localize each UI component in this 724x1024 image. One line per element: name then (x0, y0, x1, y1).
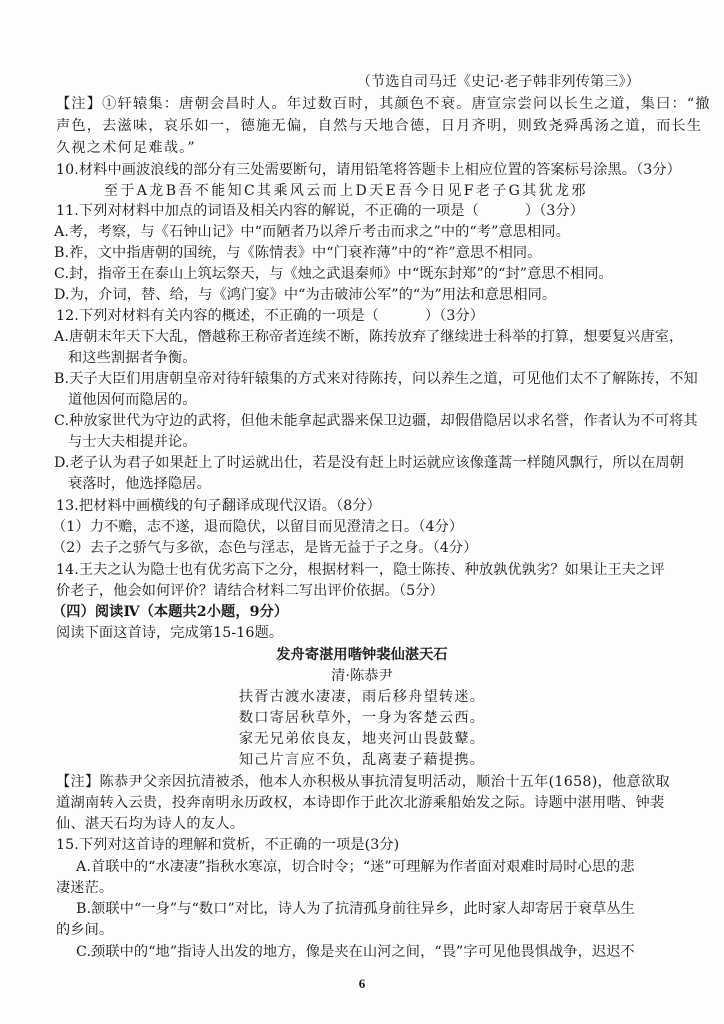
question-13-item-2: （2）去子之骄气与多欲，态色与淫志，是皆无益于子之身。（4分） (52, 538, 478, 558)
question-15-option-b-cont: 的乡间。 (56, 920, 113, 940)
question-12-option-a: A.唐朝末年天下大乱，僭越称王称帝者连续不断，陈抟放弃了继续进士科举的打算，想要… (54, 327, 683, 347)
poem-note-line: 【注】陈恭尹父亲因抗清被杀，他本人亦积极从事抗清复明活动，顺治十五年(1658)… (56, 772, 670, 792)
question-15-stem: 15.下列对这首诗的理解和赏析，不正确的一项是(3分) (56, 835, 399, 855)
source-citation: （节选自司马迁《史记·老子韩非列传第三》） (357, 72, 640, 92)
question-12-option-c: C.种放家世代为守边的武将，但他未能拿起武器来保卫边疆，却假借隐居以求名誉，作者… (54, 411, 698, 431)
question-11-score: ）（3分） (525, 203, 584, 219)
section-4-intro: 阅读下面这首诗，完成第15-16题。 (56, 623, 283, 643)
question-14-line: 价老子，他会如何评价？请结合材料二写出评价依据。（5分） (56, 581, 444, 601)
question-11-option-c: C.封，指帝王在泰山上筑坛祭天，与《烛之武退秦师》中“既东封郑”的“封”意思不相… (54, 264, 613, 284)
poem-line: 数口寄居秋草外，一身为客楚云西。 (0, 708, 724, 728)
question-12-option-b-cont: 道他因何而隐居的。 (68, 390, 197, 410)
question-10-sentence-options: 至于A龙B吾不能知C其乘风云而上D天E吾今日见F老子G其犹龙邪 (104, 181, 588, 201)
question-11-option-b: B.祚，文中指唐朝的国统，与《陈情表》中“门衰祚薄”中的“祚”意思不相同。 (54, 243, 541, 263)
question-12-option-d: D.老子认为君子如果赶上了时运就出仕，若是没有赶上时运就应该像蓬蒿一样随风飘行，… (54, 453, 684, 473)
question-15-option-a: A.首联中的“水凄凄”指秋水寒凉，切合时令；“迷”可理解为作者面对艰难时局时心思… (76, 857, 635, 877)
section-4-heading: （四）阅读Ⅳ（本题共2小题，9分） (52, 602, 288, 622)
poem-note-line: 仙、湛天石均为诗人的友人。 (56, 814, 244, 834)
question-13-item-1: （1）力不赡，志不遂，退而隐伏，以留目而见澄清之日。（4分） (52, 517, 463, 537)
question-15-option-c: C.颈联中的“地”指诗人出发的地方，像是夹在山河之间，“畏”字可见他畏惧战争，迟… (76, 942, 635, 962)
question-11-stem: 11.下列对材料中加点的词语及相关内容的解说，不正确的一项是（）（3分） (56, 201, 584, 221)
question-12-option-c-cont: 与士大夫相提并论。 (68, 432, 197, 452)
question-11-stem-text: 11.下列对材料中加点的词语及相关内容的解说，不正确的一项是（ (56, 203, 479, 219)
note-line: 久视之术何足难哉。” (56, 138, 196, 158)
question-12-score: ）（3分） (425, 308, 484, 324)
poem-title: 发舟寄湛用喈钟裴仙湛天石 (0, 645, 724, 665)
question-12-option-d-cont: 衰落时，他选择隐居。 (68, 474, 211, 494)
poem-note-line: 道湖南转入云贵，投奔南明永历政权，本诗即作于此次北游乘船始发之际。诗题中湛用喈、… (56, 793, 664, 813)
question-12-stem: 12.下列对材料有关内容的概述，不正确的一项是（）（3分） (56, 306, 484, 326)
question-12-stem-text: 12.下列对材料有关内容的概述，不正确的一项是（ (56, 308, 379, 324)
poem-author: 清·陈恭尹 (0, 666, 724, 686)
note-line: 声色，去滋味，哀乐如一，德施无偏，自然与天地合德，日月齐明，则致尧舜禹汤之道，而… (56, 116, 702, 136)
question-12-option-b: B.天子大臣们用唐朝皇帝对待轩辕集的方式来对待陈抟，问以养生之道，可见他们太不了… (54, 369, 698, 389)
question-10-stem: 10.材料中画波浪线的部分有三处需要断句，请用铅笔将答题卡上相应位置的答案标号涂… (56, 160, 681, 180)
page-number: 6 (0, 976, 724, 992)
note-line: 【注】①轩辕集：唐朝会昌时人。年过数百时，其颜色不衰。唐宣宗尝问以长生之道，集曰… (56, 94, 711, 114)
question-15-option-a-cont: 凄迷茫。 (56, 878, 113, 898)
poem-line: 扶胥古渡水凄凄，雨后移舟望转迷。 (0, 687, 724, 707)
question-13-stem: 13.把材料中画横线的句子翻译成现代汉语。（8分） (56, 496, 381, 516)
question-11-option-d: D.为，介词，替、给，与《鸿门宴》中“为击破沛公军”的“为”用法和意思相同。 (54, 285, 556, 305)
poem-line: 家无兄弟依良友，地夹河山畏鼓鼙。 (0, 729, 724, 749)
question-14-line: 14.王夫之认为隐士也有优劣高下之分，根据材料一，隐士陈抟、种放孰优孰劣？如果让… (56, 560, 665, 580)
question-12-option-a-cont: 和这些割据者争衡。 (68, 348, 197, 368)
question-11-option-a: A.考，考察，与《石钟山记》中“而陋者乃以斧斤考击而求之”中的“考”意思相同。 (54, 222, 570, 242)
poem-line: 知己片言应不负，乱离妻子藉提携。 (0, 750, 724, 770)
exam-page: （节选自司马迁《史记·老子韩非列传第三》） 【注】①轩辕集：唐朝会昌时人。年过数… (0, 0, 724, 1024)
question-15-option-b: B.颔联中“一身”与“数口”对比，诗人为了抗清孤身前往异乡，此时家人却寄居于衰草… (76, 899, 635, 919)
